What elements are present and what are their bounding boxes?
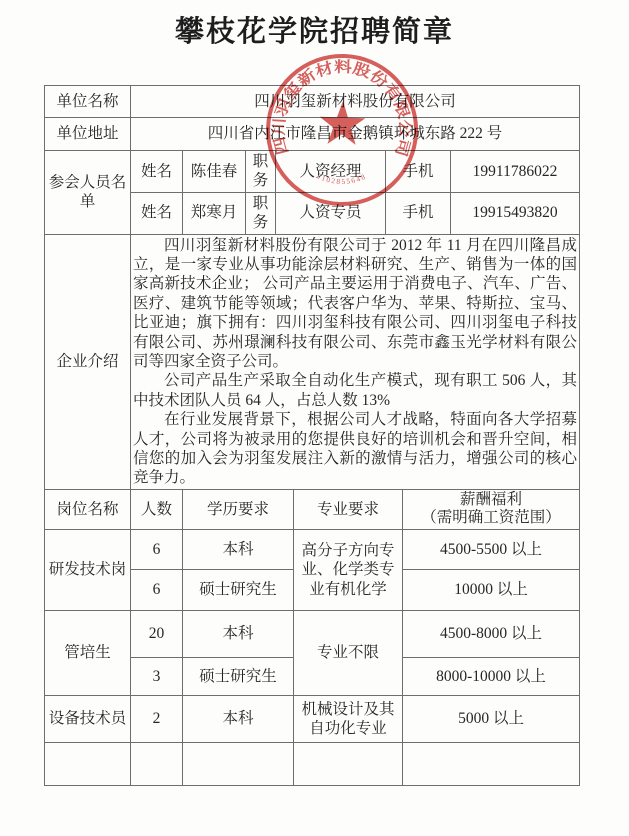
page-title: 攀枝花学院招聘简章 [0,9,629,50]
attendee-phone: 19911786022 [451,151,580,193]
document-page: 攀枝花学院招聘简章 单位名称 四川羽玺新材料股份有限公司 单位地址 四川省内江市… [0,0,629,836]
unit-address-label: 单位地址 [45,118,131,151]
table-row: 单位地址 四川省内江市隆昌市金鹅镇环城东路 222 号 [45,118,580,151]
job-count: 3 [131,657,183,695]
empty-cell [294,742,403,785]
attendee-phone: 19915493820 [451,192,580,234]
header-position: 岗位名称 [45,489,131,529]
job-salary: 4500-8000 以上 [403,610,580,657]
header-count: 人数 [131,489,183,529]
job-count: 6 [131,529,183,569]
job-group-title: 设备技术员 [45,695,131,742]
attendee-name-label: 姓名 [131,192,183,234]
job-group-title: 管培生 [45,610,131,695]
empty-cell [183,742,294,785]
unit-name-value: 四川羽玺新材料股份有限公司 [131,86,580,118]
attendees-section-label: 参会人员名单 [45,151,131,235]
unit-name-label: 单位名称 [45,86,131,118]
table-row: 设备技术员 2 本科 机械设计及其自功化专业 5000 以上 [45,695,580,742]
job-major: 机械设计及其自功化专业 [294,695,403,742]
intro-section-label: 企业介绍 [45,234,131,489]
empty-cell [403,742,580,785]
intro-paragraph: 在行业发展背景下，根据公司人才战略，特面向各大学招募人才，公司将为被录用的您提供… [133,410,577,488]
job-group-title: 研发技术岗 [45,529,131,610]
table-row: 研发技术岗 6 本科 高分子方向专业、化学类专业有机化学 4500-5500 以… [45,529,580,569]
attendee-phone-label: 手机 [386,192,451,234]
header-salary-line2: （需明确工资范围） [405,509,577,528]
attendee-title-label: 职务 [246,151,276,193]
intro-paragraph: 公司产品生产采取全自动化生产模式，现有职工 506 人，其中技术团队人员 64 … [133,371,577,410]
header-salary-line1: 薪酬福利 [405,491,577,510]
attendee-name-label: 姓名 [131,151,183,193]
attendee-title: 人资经理 [276,151,386,193]
job-education: 本科 [183,529,294,569]
attendee-title-label: 职务 [246,192,276,234]
job-education: 本科 [183,695,294,742]
header-education: 学历要求 [183,489,294,529]
unit-address-value: 四川省内江市隆昌市金鹅镇环城东路 222 号 [131,118,580,151]
job-count: 6 [131,569,183,610]
attendee-phone-label: 手机 [386,151,451,193]
jobs-header-row: 岗位名称 人数 学历要求 专业要求 薪酬福利 （需明确工资范围） [45,489,580,529]
job-count: 20 [131,610,183,657]
attendee-name: 陈佳春 [183,151,246,193]
attendee-title: 人资专员 [276,192,386,234]
job-salary: 5000 以上 [403,695,580,742]
table-row: 管培生 20 本科 专业不限 4500-8000 以上 [45,610,580,657]
intro-paragraph: 四川羽玺新材料股份有限公司于 2012 年 11 月在四川隆昌成立，是一家专业从… [133,236,577,372]
job-education: 硕士研究生 [183,657,294,695]
header-salary: 薪酬福利 （需明确工资范围） [403,489,580,529]
header-major: 专业要求 [294,489,403,529]
attendee-name: 郑寒月 [183,192,246,234]
empty-cell [45,742,131,785]
job-education: 硕士研究生 [183,569,294,610]
empty-row [45,742,580,785]
job-salary: 8000-10000 以上 [403,657,580,695]
table-row: 参会人员名单 姓名 陈佳春 职务 人资经理 手机 19911786022 [45,151,580,193]
table-row: 单位名称 四川羽玺新材料股份有限公司 [45,86,580,118]
job-major: 专业不限 [294,610,403,695]
recruitment-table: 单位名称 四川羽玺新材料股份有限公司 单位地址 四川省内江市隆昌市金鹅镇环城东路… [44,85,580,786]
job-major: 高分子方向专业、化学类专业有机化学 [294,529,403,610]
job-salary: 10000 以上 [403,569,580,610]
intro-text-cell: 四川羽玺新材料股份有限公司于 2012 年 11 月在四川隆昌成立，是一家专业从… [131,234,580,489]
job-count: 2 [131,695,183,742]
table-row: 企业介绍 四川羽玺新材料股份有限公司于 2012 年 11 月在四川隆昌成立，是… [45,234,580,489]
empty-cell [131,742,183,785]
job-salary: 4500-5500 以上 [403,529,580,569]
job-education: 本科 [183,610,294,657]
